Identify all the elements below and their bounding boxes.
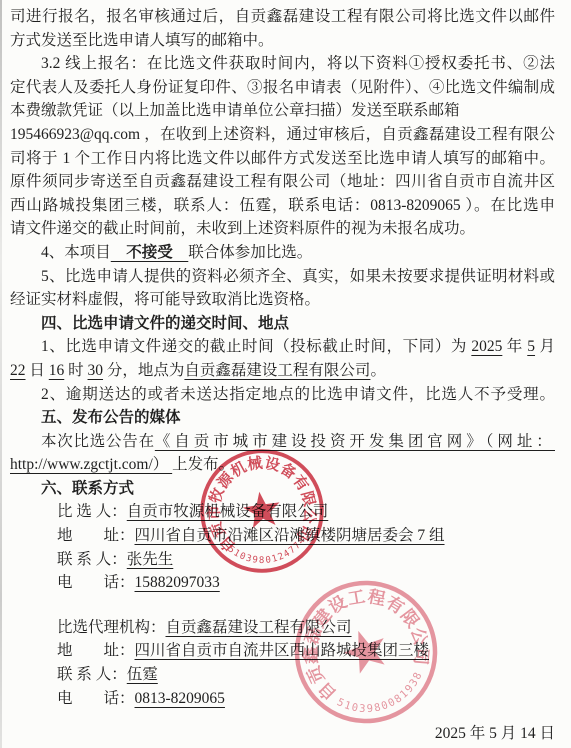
doc-line: 195466923@qq.com ，在收到上述资料，通过审核后，自贡鑫磊建设工程… [10, 123, 555, 147]
doc-line: 5、比选申请人提供的资料必须齐全、真实，如果未按要求提供证明材料或 [10, 265, 555, 289]
doc-line: 比 选 人：自贡市牧源机械设备有限公司 [10, 500, 555, 524]
text-run: 5 [527, 338, 535, 355]
text-run: 比 选 人： [57, 503, 127, 520]
doc-line: 3.2 线上报名：在比选文件获取时间内，将以下资料①授权委托书、②法 [10, 52, 555, 76]
text-run: 六、联系方式 [41, 480, 134, 497]
doc-line: 联 系 人：伍霆 [10, 663, 555, 687]
text-run: 司将于 1 个工作日内将比选文件以邮件方式发送至比选申请人填写的邮箱中。 [10, 150, 555, 167]
doc-line: 经证实材料虚假，将可能导致取消比选资格。 [10, 288, 555, 312]
doc-line: 22 日 16 时 30 分，地点为自贡鑫磊建设工程有限公司。 [10, 359, 555, 383]
text-run: 西山路城投集团三楼，联系人：伍霆，联系电话：0813-8209065 ）。在比选… [10, 197, 555, 214]
doc-line: 西山路城投集团三楼，联系人：伍霆，联系电话：0813-8209065 ）。在比选… [10, 194, 555, 218]
text-run: 195466923@qq.com ，在收到上述资料，通过审核后，自贡鑫磊建设工程… [10, 126, 555, 143]
doc-line: 五、发布公告的媒体 [10, 406, 555, 430]
doc-line: 原件须同步寄送至自贡鑫磊建设工程有限公司（地址：四川省自贡市自流井区 [10, 170, 555, 194]
text-run: 自贡鑫磊建设工程有限公司 [166, 619, 352, 636]
doc-line: 电 话：15882097033 [10, 571, 555, 595]
doc-line: 定代表人及委托人身份证复印件、③报名申请表（见附件）、④比选文件编制成 [10, 76, 555, 100]
text-run: 上发布。 [172, 456, 234, 473]
doc-line: http://www.zgctjt.com/） 上发布。 [10, 453, 555, 477]
text-run: 地 址： [57, 527, 135, 544]
spacer [10, 595, 555, 616]
document-date: 2025 年 5 月 14 日 [10, 722, 555, 746]
text-run: 电 话： [57, 690, 135, 707]
text-run: 《自贡市城市建设投资开发集团官网》（网址： [155, 433, 555, 450]
text-run: 16 [49, 362, 65, 379]
doc-line: 本费缴款凭证（以上加盖比选申请单位公章扫描）发送至联系邮箱 [10, 99, 555, 123]
doc-line: 地 址：四川省自贡市自流井区西山路城投集团三楼 [10, 639, 555, 663]
text-run: 自贡鑫磊建设工程有限公司 [184, 362, 370, 379]
text-run: 经证实材料虚假，将可能导致取消比选资格。 [10, 291, 320, 308]
text-run: 定代表人及委托人身份证复印件、③报名申请表（见附件）、④比选文件编制成 [10, 79, 555, 96]
text-run: 司进行报名，报名审核通过后，自贡鑫磊建设工程有限公司将比选文件以邮件 [10, 8, 555, 25]
doc-line: 请文件递交的截止时间前，未收到上述资料原件的视为未报名成功。 [10, 217, 555, 241]
text-run: 15882097033 [135, 574, 220, 591]
text-run: 0813-8209065 [135, 690, 225, 707]
text-run: 伍霆 [127, 666, 158, 683]
text-run: http://www.zgctjt.com/） [10, 456, 172, 473]
text-run: 3.2 线上报名：在比选文件获取时间内，将以下资料①授权委托书、②法 [41, 55, 555, 72]
doc-line: 六、联系方式 [10, 477, 555, 501]
doc-line: 联 系 人：张先生 [10, 548, 555, 572]
text-run: 22 [10, 362, 26, 379]
doc-line: 1、比选申请文件递交的截止时间（投标截止时间，下同）为 2025 年 5 月 [10, 335, 555, 359]
text-run: 联 系 人： [57, 666, 127, 683]
doc-line: 2、逾期送达的或者未送达指定地点的比选申请文件，比选人不予受理。 [10, 383, 555, 407]
text-run: 2、逾期送达的或者未送达指定地点的比选申请文件，比选人不予受理。 [41, 386, 555, 403]
doc-line: 司进行报名，报名审核通过后，自贡鑫磊建设工程有限公司将比选文件以邮件 [10, 5, 555, 29]
text-run: 联合体参加比选。 [188, 244, 312, 261]
doc-line: 4、本项目 不接受 联合体参加比选。 [10, 241, 555, 265]
text-run: 本次比选公告在 [41, 433, 155, 450]
text-run: 时 [64, 362, 87, 379]
text-run: 不接受 [111, 244, 189, 261]
text-run: 张先生 [127, 551, 174, 568]
text-run: 五、发布公告的媒体 [41, 409, 181, 426]
text-run: 四、比选申请文件的递交时间、地点 [41, 315, 289, 332]
text-run: 原件须同步寄送至自贡鑫磊建设工程有限公司（地址：四川省自贡市自流井区 [10, 173, 555, 190]
text-run: 年 [502, 338, 527, 355]
doc-line: 电 话：0813-8209065 [10, 687, 555, 711]
text-run: 4、本项目 [41, 244, 111, 261]
text-run: 月 [535, 338, 555, 355]
text-run: 。 [370, 362, 386, 379]
text-run: 电 话： [57, 574, 135, 591]
doc-line: 比选代理机构：自贡鑫磊建设工程有限公司 [10, 616, 555, 640]
text-run: 方式发送至比选申请人填写的邮箱中。 [10, 32, 274, 49]
document-body: 司进行报名，报名审核通过后，自贡鑫磊建设工程有限公司将比选文件以邮件方式发送至比… [10, 5, 555, 710]
text-run: 分，地点为 [103, 362, 184, 379]
text-run: 5、比选申请人提供的资料必须齐全、真实，如果未按要求提供证明材料或 [41, 268, 555, 285]
scanned-document-page: 司进行报名，报名审核通过后，自贡鑫磊建设工程有限公司将比选文件以邮件方式发送至比… [0, 0, 571, 748]
doc-line: 地 址：四川省自贡市沿滩区沿滩镇楼阴塘居委会 7 组 [10, 524, 555, 548]
text-run: 1、比选申请文件递交的截止时间（投标截止时间，下同）为 [41, 338, 471, 355]
text-run: 日 [26, 362, 49, 379]
text-run: 2025 [471, 338, 502, 355]
doc-line: 四、比选申请文件的递交时间、地点 [10, 312, 555, 336]
text-run: 地 址： [57, 642, 135, 659]
doc-line: 本次比选公告在《自贡市城市建设投资开发集团官网》（网址： [10, 430, 555, 454]
text-run: 30 [88, 362, 104, 379]
text-run: 自贡市牧源机械设备有限公司 [127, 503, 329, 520]
text-run: 联 系 人： [57, 551, 127, 568]
doc-line: 方式发送至比选申请人填写的邮箱中。 [10, 29, 555, 53]
text-run: 四川省自贡市自流井区西山路城投集团三楼 [135, 642, 430, 659]
text-run: 比选代理机构： [57, 619, 166, 636]
doc-line: 司将于 1 个工作日内将比选文件以邮件方式发送至比选申请人填写的邮箱中。 [10, 147, 555, 171]
text-run: 请文件递交的截止时间前，未收到上述资料原件的视为未报名成功。 [10, 220, 475, 237]
text-run: 四川省自贡市沿滩区沿滩镇楼阴塘居委会 7 组 [135, 527, 445, 544]
text-run: 本费缴款凭证（以上加盖比选申请单位公章扫描）发送至联系邮箱 [10, 102, 460, 119]
